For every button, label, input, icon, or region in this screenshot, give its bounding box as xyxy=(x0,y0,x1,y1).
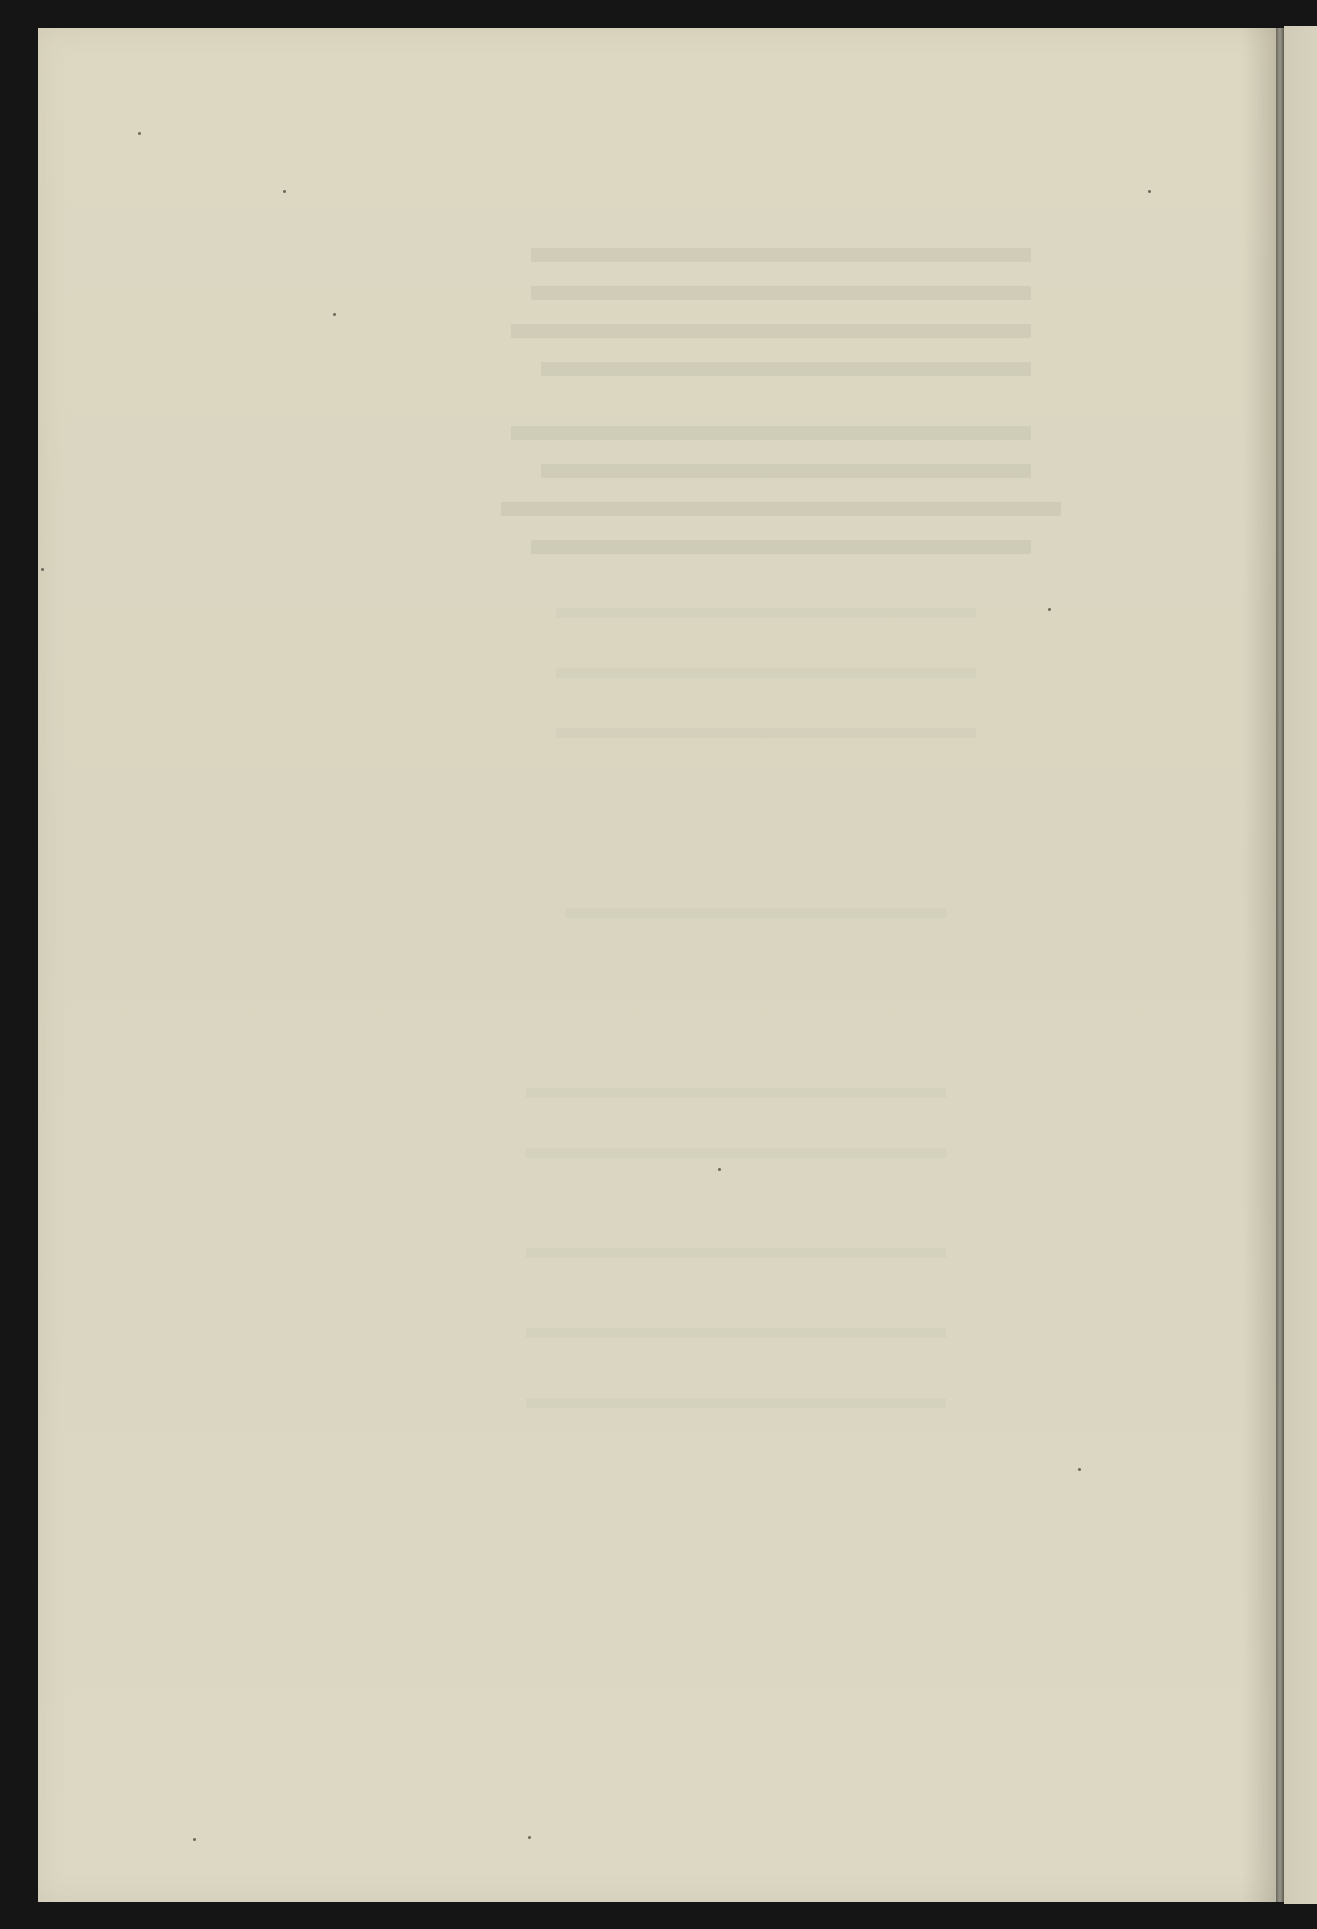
paper-speck xyxy=(41,568,44,571)
paper-speck xyxy=(1078,1468,1081,1471)
paper-speck xyxy=(528,1836,531,1839)
book-gutter xyxy=(1276,28,1284,1902)
adjacent-page-edge xyxy=(1284,26,1317,1904)
paper-speck xyxy=(718,1168,721,1171)
paper-speck xyxy=(1148,190,1151,193)
paper-speck xyxy=(1048,608,1051,611)
paper-speck xyxy=(333,313,336,316)
page-edge-shadow xyxy=(1242,28,1276,1902)
book-page xyxy=(38,28,1276,1902)
show-through-text xyxy=(38,28,1276,1902)
paper-speck xyxy=(138,132,141,135)
paper-speck xyxy=(193,1838,196,1841)
paper-speck xyxy=(283,190,286,193)
